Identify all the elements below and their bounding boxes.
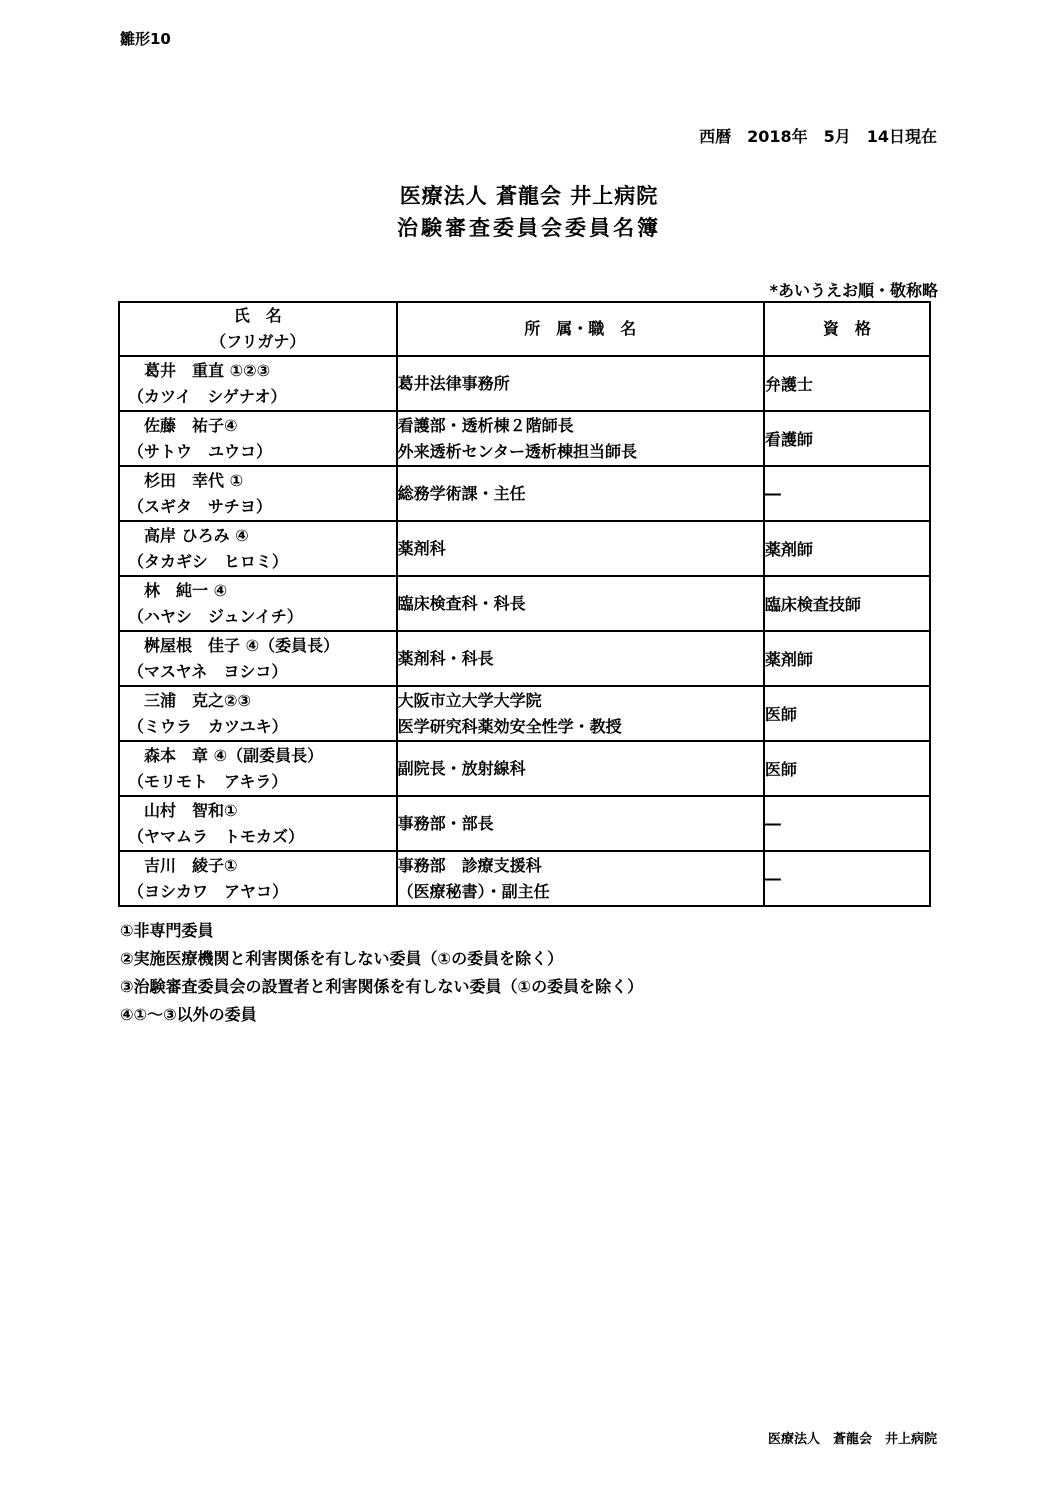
qualification-cell: 薬剤師 (764, 521, 930, 576)
table-row: 桝屋根 佳子 ④（委員長）（マスヤネ ヨシコ）薬剤科・科長薬剤師 (119, 631, 930, 686)
order-note: *あいうえお順・敬称略 (770, 278, 938, 301)
qualification-cell: 薬剤師 (764, 631, 930, 686)
member-name: 佐藤 祐子④ (120, 413, 396, 439)
member-furigana: （サトウ ユウコ） (120, 439, 396, 465)
legend-item: ④①～③以外の委員 (120, 1001, 643, 1029)
qualification-cell: ― (764, 851, 930, 906)
affiliation-line: 外来透析センター透析棟担当師長 (398, 439, 763, 465)
affiliation-cell: 臨床検査科・科長 (397, 576, 764, 631)
affiliation-cell: 大阪市立大学大学院医学研究科薬効安全性学・教授 (397, 686, 764, 741)
affiliation-line: 事務部 診療支援科 (398, 853, 763, 879)
member-name-cell: 杉田 幸代 ①（スギタ サチヨ） (119, 466, 397, 521)
affiliation-line: 葛井法律事務所 (398, 371, 763, 397)
member-name: 三浦 克之②③ (120, 688, 396, 714)
form-code: 雛形10 (120, 28, 171, 49)
member-name-cell: 三浦 克之②③（ミウラ カツユキ） (119, 686, 397, 741)
qualification-cell: ― (764, 796, 930, 851)
table-row: 吉川 綾子①（ヨシカワ アヤコ）事務部 診療支援科（医療秘書）・副主任― (119, 851, 930, 906)
organization-title: 医療法人 蒼龍会 井上病院 (0, 180, 1058, 210)
as-of-date: 西暦 2018年 5月 14日現在 (699, 124, 937, 147)
member-name: 林 純一 ④ (120, 578, 396, 604)
qualification-cell: 弁護士 (764, 356, 930, 411)
member-furigana: （ハヤシ ジュンイチ） (120, 604, 396, 630)
header-qualification: 資 格 (764, 302, 930, 356)
legend-item: ①非専門委員 (120, 917, 643, 945)
affiliation-cell: 事務部 診療支援科（医療秘書）・副主任 (397, 851, 764, 906)
affiliation-line: 医学研究科薬効安全性学・教授 (398, 714, 763, 740)
legend-item: ②実施医療機関と利害関係を有しない委員（①の委員を除く） (120, 945, 643, 973)
affiliation-line: 臨床検査科・科長 (398, 591, 763, 617)
table-row: 葛井 重直 ①②③（カツイ シゲナオ）葛井法律事務所弁護士 (119, 356, 930, 411)
member-name: 森本 章 ④（副委員長） (120, 743, 396, 769)
qualification-cell: 看護師 (764, 411, 930, 466)
footer-organization: 医療法人 蒼龍会 井上病院 (768, 1428, 937, 1447)
member-furigana: （タカギシ ヒロミ） (120, 549, 396, 575)
affiliation-line: 薬剤科・科長 (398, 646, 763, 672)
affiliation-cell: 薬剤科 (397, 521, 764, 576)
affiliation-line: 薬剤科 (398, 536, 763, 562)
member-name: 桝屋根 佳子 ④（委員長） (120, 633, 396, 659)
qualification-cell: 医師 (764, 741, 930, 796)
table-row: 佐藤 祐子④（サトウ ユウコ）看護部・透析棟２階師長外来透析センター透析棟担当師… (119, 411, 930, 466)
legend-item: ③治験審査委員会の設置者と利害関係を有しない委員（①の委員を除く） (120, 973, 643, 1001)
member-name-cell: 山村 智和①（ヤマムラ トモカズ） (119, 796, 397, 851)
header-furigana-label: （フリガナ） (120, 329, 396, 355)
member-name-cell: 林 純一 ④（ハヤシ ジュンイチ） (119, 576, 397, 631)
header-affiliation: 所 属・職 名 (397, 302, 764, 356)
member-furigana: （モリモト アキラ） (120, 769, 396, 795)
member-furigana: （ミウラ カツユキ） (120, 714, 396, 740)
qualification-cell: 医師 (764, 686, 930, 741)
member-name-cell: 桝屋根 佳子 ④（委員長）（マスヤネ ヨシコ） (119, 631, 397, 686)
member-name: 吉川 綾子① (120, 853, 396, 879)
affiliation-line: 大阪市立大学大学院 (398, 688, 763, 714)
member-name-cell: 森本 章 ④（副委員長）（モリモト アキラ） (119, 741, 397, 796)
legend: ①非専門委員 ②実施医療機関と利害関係を有しない委員（①の委員を除く） ③治験審… (120, 917, 643, 1029)
member-name-cell: 葛井 重直 ①②③（カツイ シゲナオ） (119, 356, 397, 411)
committee-roster-table: 氏 名 （フリガナ） 所 属・職 名 資 格 葛井 重直 ①②③（カツイ シゲナ… (118, 301, 931, 907)
affiliation-cell: 薬剤科・科長 (397, 631, 764, 686)
member-furigana: （ヨシカワ アヤコ） (120, 879, 396, 905)
document-title: 治験審査委員会委員名簿 (0, 212, 1058, 242)
member-name: 山村 智和① (120, 798, 396, 824)
member-furigana: （マスヤネ ヨシコ） (120, 659, 396, 685)
member-name: 葛井 重直 ①②③ (120, 358, 396, 384)
header-name: 氏 名 （フリガナ） (119, 302, 397, 356)
affiliation-cell: 看護部・透析棟２階師長外来透析センター透析棟担当師長 (397, 411, 764, 466)
qualification-cell: ― (764, 466, 930, 521)
header-name-label: 氏 名 (120, 303, 396, 329)
qualification-cell: 臨床検査技師 (764, 576, 930, 631)
member-name-cell: 吉川 綾子①（ヨシカワ アヤコ） (119, 851, 397, 906)
affiliation-line: 総務学術課・主任 (398, 481, 763, 507)
affiliation-cell: 事務部・部長 (397, 796, 764, 851)
member-furigana: （カツイ シゲナオ） (120, 384, 396, 410)
table-row: 杉田 幸代 ①（スギタ サチヨ）総務学術課・主任― (119, 466, 930, 521)
member-name-cell: 高岸 ひろみ ④（タカギシ ヒロミ） (119, 521, 397, 576)
affiliation-cell: 葛井法律事務所 (397, 356, 764, 411)
table-row: 山村 智和①（ヤマムラ トモカズ）事務部・部長― (119, 796, 930, 851)
table-row: 林 純一 ④（ハヤシ ジュンイチ）臨床検査科・科長臨床検査技師 (119, 576, 930, 631)
affiliation-line: （医療秘書）・副主任 (398, 879, 763, 905)
member-name: 杉田 幸代 ① (120, 468, 396, 494)
table-row: 高岸 ひろみ ④（タカギシ ヒロミ）薬剤科薬剤師 (119, 521, 930, 576)
affiliation-line: 事務部・部長 (398, 811, 763, 837)
affiliation-cell: 副院長・放射線科 (397, 741, 764, 796)
member-furigana: （スギタ サチヨ） (120, 494, 396, 520)
member-furigana: （ヤマムラ トモカズ） (120, 824, 396, 850)
affiliation-cell: 総務学術課・主任 (397, 466, 764, 521)
table-row: 三浦 克之②③（ミウラ カツユキ）大阪市立大学大学院医学研究科薬効安全性学・教授… (119, 686, 930, 741)
affiliation-line: 副院長・放射線科 (398, 756, 763, 782)
affiliation-line: 看護部・透析棟２階師長 (398, 413, 763, 439)
member-name: 高岸 ひろみ ④ (120, 523, 396, 549)
table-row: 森本 章 ④（副委員長）（モリモト アキラ）副院長・放射線科医師 (119, 741, 930, 796)
member-name-cell: 佐藤 祐子④（サトウ ユウコ） (119, 411, 397, 466)
table-header-row: 氏 名 （フリガナ） 所 属・職 名 資 格 (119, 302, 930, 356)
